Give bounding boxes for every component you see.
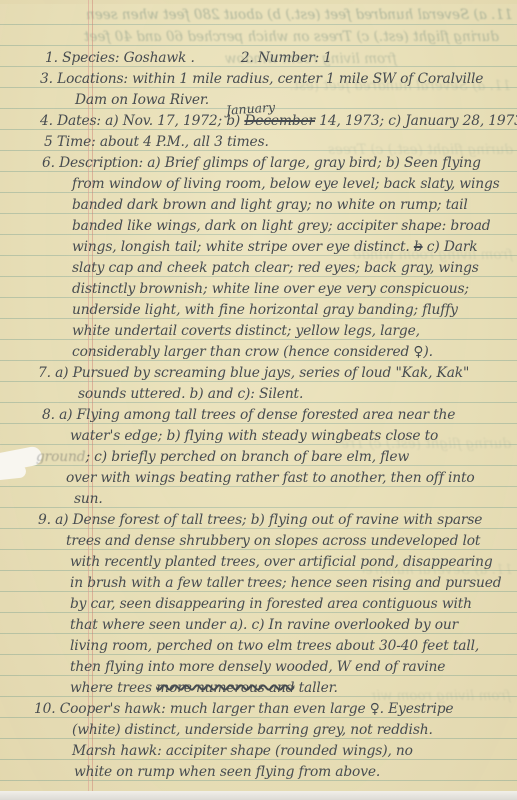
- note-line: (white) distinct, underside barring grey…: [72, 722, 433, 739]
- note-line: sounds uttered. b) and c): Silent.: [78, 386, 303, 403]
- note-line-comparison: 10. Cooper's hawk: much larger than even…: [34, 701, 453, 718]
- note-line-description: 6. Description: a) Brief glimps of large…: [42, 155, 481, 172]
- note-text: wings, longish tail; white stripe over e…: [72, 239, 414, 255]
- note-line: from window of living room, below eye le…: [72, 176, 500, 193]
- note-line: white undertail coverts distinct; yellow…: [72, 323, 420, 340]
- note-line: in brush with a few taller trees; hence …: [70, 575, 501, 592]
- note-line-habitat: 9. a) Dense forest of tall trees; b) fly…: [38, 512, 482, 529]
- note-line: then flying into more densely wooded, W …: [70, 659, 445, 676]
- notebook-page: 11. a) Several hundred feet (est.) b) ab…: [0, 0, 517, 791]
- note-line: sun.: [74, 491, 103, 508]
- note-line: living room, perched on two elm trees ab…: [70, 638, 479, 655]
- torn-patch: [0, 464, 27, 480]
- species-entry: 1. Species: Goshawk .: [45, 50, 195, 66]
- note-line-dates: January 4. Dates: a) Nov. 17, 1972; b) D…: [40, 113, 517, 130]
- note-text: where trees: [70, 680, 156, 696]
- note-line-flight: 8. a) Flying among tall trees of dense f…: [42, 407, 455, 424]
- dates-suffix: 14, 1973; c) January 28, 1973: [315, 113, 517, 129]
- note-line: wings, longish tail; white stripe over e…: [72, 239, 477, 256]
- number-entry: 2. Number: 1: [241, 50, 332, 67]
- note-line: that where seen under a). c) In ravine o…: [70, 617, 458, 634]
- note-line: by car, seen disappearing in forested ar…: [70, 596, 472, 613]
- note-line-locations-cont: Dam on Iowa River.: [75, 92, 209, 109]
- note-line-time: 5 Time: about 4 P.M., all 3 times.: [44, 134, 269, 151]
- note-line: ground; c) briefly perched on branch of …: [36, 449, 409, 466]
- note-line: banded dark brown and light gray; no whi…: [72, 197, 468, 214]
- note-line: white on rump when seen flying from abov…: [74, 764, 380, 781]
- erased-word: ground: [36, 449, 85, 465]
- note-line: with recently planted trees, over artifi…: [70, 554, 493, 571]
- bleedthrough-text: during flight (est.) c) Trees on which p…: [84, 29, 499, 45]
- note-line-behavior: 7. a) Pursued by screaming blue jays, se…: [38, 365, 469, 382]
- dates-prefix: 4. Dates: a) Nov. 17, 1972; b): [40, 113, 244, 129]
- note-line: trees and dense shrubbery on slopes acro…: [66, 533, 480, 550]
- note-line: underside light, with fine horizontal gr…: [72, 302, 458, 319]
- note-text: taller.: [294, 680, 337, 696]
- struck-phrase: more numerous and: [156, 680, 294, 696]
- note-line: slaty cap and cheek patch clear; red eye…: [72, 260, 479, 277]
- note-line: banded like wings, dark on light grey; a…: [72, 218, 490, 235]
- bleedthrough-text: 11. a) Several hundred feet (est.) b) ab…: [86, 7, 513, 23]
- note-line-species-number: 1. Species: Goshawk .2. Number: 1: [45, 50, 332, 67]
- note-line: distinctly brownish; white line over eye…: [72, 281, 469, 298]
- note-line: water's edge; b) flying with steady wing…: [70, 428, 438, 445]
- inserted-word-january: January: [225, 98, 275, 118]
- note-line: considerably larger than crow (hence con…: [72, 344, 433, 361]
- note-line: where trees more numerous and taller.: [70, 680, 338, 697]
- note-line: over with wings beating rather fast to a…: [66, 470, 475, 487]
- note-line: Marsh hawk: accipiter shape (rounded win…: [72, 743, 413, 760]
- scan-background-edge: [0, 791, 517, 800]
- note-text: c) Dark: [423, 239, 478, 255]
- struck-letter: b: [414, 239, 423, 255]
- note-line-locations: 3. Locations: within 1 mile radius, cent…: [40, 71, 483, 88]
- note-text: ; c) briefly perched on branch of bare e…: [85, 449, 409, 465]
